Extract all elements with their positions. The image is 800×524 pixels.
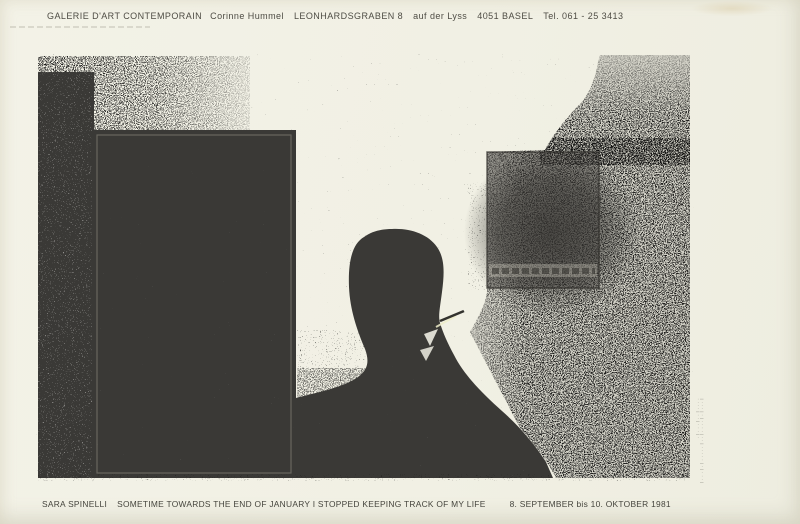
small-framed-picture (487, 152, 599, 288)
scanned-exhibition-card: GALERIE D'ART CONTEMPORAIN Corinne Humme… (0, 0, 800, 524)
exhibition-caption: SARA SPINELLI SOMETIME TOWARDS THE END O… (42, 499, 792, 509)
artist-name: SARA SPINELLI (42, 499, 107, 509)
grainy-left-strip (38, 72, 92, 478)
photocopy-artwork (0, 0, 800, 524)
photo-bottom-dust (38, 474, 690, 481)
exhibition-photograph (0, 0, 800, 524)
exhibition-title: SOMETIME TOWARDS THE END OF JANUARY I ST… (117, 499, 485, 509)
exhibition-dates: 8. SEPTEMBER bis 10. OKTOBER 1981 (510, 499, 671, 509)
vertical-photo-credit: |···|·|····|··|·····|·|···|····|··|···|· (694, 398, 704, 486)
cigarette-tip (464, 309, 467, 312)
